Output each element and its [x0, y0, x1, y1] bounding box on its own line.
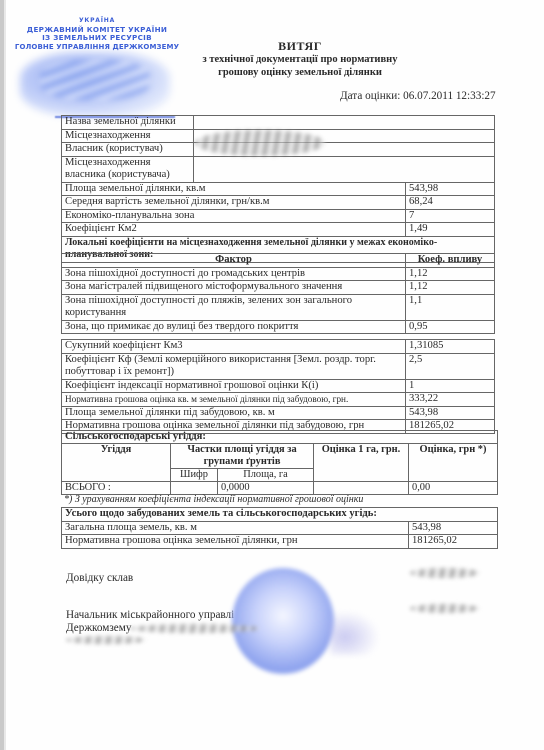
stamp-blur-texture: [40, 60, 150, 100]
section-heading-row: Сільськогосподарські угіддя:: [62, 431, 498, 444]
stamp-line-department: ГОЛОВНЕ УПРАВЛІННЯ ДЕРЖКОМЗЕМУ: [12, 43, 182, 52]
header-per-ha: Оцінка 1 га, грн.: [314, 444, 409, 482]
factor-coef: 1,1: [406, 294, 495, 320]
row-label: Економіко-планувальна зона: [62, 209, 406, 223]
page-edge-shadow: [4, 0, 6, 750]
header-factor: Фактор: [62, 254, 406, 268]
total-value: 0,00: [409, 482, 498, 495]
table-row: Коефіцієнт Кф (Землі комерційного викори…: [62, 353, 495, 379]
row-label: Коефіцієнт Км2: [62, 223, 406, 237]
row-value: [194, 116, 495, 130]
redacted-name-2: [410, 604, 480, 613]
factors-table: Фактор Коеф. впливу Зона пішохідної дост…: [61, 253, 495, 334]
table-row: Зона магістралей підвищеного містоформув…: [62, 281, 495, 295]
header-land: Угіддя: [62, 444, 171, 482]
signature-swirl: [330, 610, 380, 655]
date-label: Дата оцінки:: [340, 90, 400, 102]
table-row: Загальна площа земель, кв. м 543,98: [62, 521, 498, 535]
redacted-office-2: [66, 636, 146, 644]
title-subtitle-1: з технічної документації про нормативну: [180, 53, 420, 66]
coefficients-table: Сукупний коефіцієнт Км3 1,31085 Коефіціє…: [61, 339, 495, 434]
header-coef: Коеф. впливу: [406, 254, 495, 268]
row-label: Власник (користувач): [62, 143, 194, 157]
factor-name: Зона пішохідної доступності до громадськ…: [62, 267, 406, 281]
total-label: Нормативна грошова оцінка земельної діля…: [62, 535, 409, 549]
redacted-office: [130, 624, 260, 633]
total-label: Загальна площа земель, кв. м: [62, 521, 409, 535]
document-title: ВИТЯГ з технічної документації про норма…: [180, 40, 420, 79]
table-row: Коефіцієнт Км2 1,49: [62, 223, 495, 237]
table-row: Нормативна грошова оцінка земельної діля…: [62, 535, 498, 549]
title-main: ВИТЯГ: [180, 40, 420, 53]
table-row: Сукупний коефіцієнт Км3 1,31085: [62, 340, 495, 354]
header-code: Шифр: [171, 469, 218, 482]
total-label: ВСЬОГО :: [62, 482, 171, 495]
table-header-row: Фактор Коеф. впливу: [62, 254, 495, 268]
head-title-line2: Держкомзему: [66, 622, 131, 634]
header-area: Площа, га: [218, 469, 314, 482]
totals-table: Усього щодо забудованих земель та сільсь…: [61, 507, 498, 549]
table-row: Зона, що примикає до вулиці без твердого…: [62, 320, 495, 334]
row-label: Назва земельної ділянки: [62, 116, 194, 130]
header-shares: Частки площі угіддя за групами ґрунтів: [171, 444, 314, 469]
table-row: Економіко-планувальна зона 7: [62, 209, 495, 223]
coef-label: Сукупний коефіцієнт Км3: [62, 340, 406, 354]
redacted-name-1: [410, 568, 480, 578]
official-seal: [232, 568, 334, 674]
factor-name: Зона пішохідної доступності до пляжів, з…: [62, 294, 406, 320]
row-label: Місцезнаходження власника (користувача): [62, 156, 194, 182]
table-row: Площа земельної ділянки під забудовою, к…: [62, 406, 495, 420]
row-label: Площа земельної ділянки, кв.м: [62, 182, 406, 196]
table-row: Місцезнаходження власника (користувача): [62, 156, 495, 182]
section-heading-row: Усього щодо забудованих земель та сільсь…: [62, 508, 498, 522]
row-value: 7: [406, 209, 495, 223]
total-area: 0,0000: [218, 482, 314, 495]
redacted-owner-info: [195, 130, 325, 156]
total-per-ha: [314, 482, 409, 495]
coef-label: Нормативна грошова оцінка кв. м земельно…: [62, 393, 406, 407]
total-value: 543,98: [409, 521, 498, 535]
coef-label: Коефіцієнт індексації нормативної грошов…: [62, 379, 406, 393]
table-row-total: ВСЬОГО : 0,0000 0,00: [62, 482, 498, 495]
coef-value: 1,31085: [406, 340, 495, 354]
table-row: Середня вартість земельної ділянки, грн/…: [62, 196, 495, 210]
row-value: [194, 156, 495, 182]
factor-name: Зона, що примикає до вулиці без твердого…: [62, 320, 406, 334]
coef-value: 543,98: [406, 406, 495, 420]
agricultural-land-table: Сільськогосподарські угіддя: Угіддя Част…: [61, 430, 498, 495]
title-subtitle-2: грошову оцінку земельної ділянки: [180, 66, 420, 79]
table-row: Назва земельної ділянки: [62, 116, 495, 130]
footnote: *) З урахуванням коефіцієнта індексації …: [64, 494, 363, 505]
factor-coef: 1,12: [406, 281, 495, 295]
table-row: Коефіцієнт індексації нормативної грошов…: [62, 379, 495, 393]
row-value: 68,24: [406, 196, 495, 210]
valuation-date: Дата оцінки: 06.07.2011 12:33:27: [340, 90, 496, 102]
stamp-line-resources: ІЗ ЗЕМЕЛЬНИХ РЕСУРСІВ: [12, 34, 182, 43]
agency-stamp: УКРАЇНА ДЕРЖАВНИЙ КОМІТЕТ УКРАЇНИ ІЗ ЗЕМ…: [12, 17, 182, 51]
coef-label: Коефіцієнт Кф (Землі комерційного викори…: [62, 353, 406, 379]
head-title-line1: Начальник міськрайонного управлі: [66, 609, 234, 621]
coef-value: 2,5: [406, 353, 495, 379]
total-code: [171, 482, 218, 495]
date-value: 06.07.2011 12:33:27: [403, 90, 496, 102]
total-value: 181265,02: [409, 535, 498, 549]
row-value: 543,98: [406, 182, 495, 196]
table-header-row: Угіддя Частки площі угіддя за групами ґр…: [62, 444, 498, 469]
factor-name: Зона магістралей підвищеного містоформув…: [62, 281, 406, 295]
table-row: Зона пішохідної доступності до громадськ…: [62, 267, 495, 281]
row-value: 1,49: [406, 223, 495, 237]
coef-value: 333,22: [406, 393, 495, 407]
factor-coef: 0,95: [406, 320, 495, 334]
prepared-by-label: Довідку склав: [66, 572, 133, 584]
header-value: Оцінка, грн *): [409, 444, 498, 482]
agri-heading: Сільськогосподарські угіддя:: [62, 431, 498, 444]
table-row: Площа земельної ділянки, кв.м 543,98: [62, 182, 495, 196]
table-row: Нормативна грошова оцінка кв. м земельно…: [62, 393, 495, 407]
coef-value: 1: [406, 379, 495, 393]
factor-coef: 1,12: [406, 267, 495, 281]
table-row: Зона пішохідної доступності до пляжів, з…: [62, 294, 495, 320]
row-label: Місцезнаходження: [62, 129, 194, 143]
totals-heading: Усього щодо забудованих земель та сільсь…: [62, 508, 498, 522]
coef-label: Площа земельної ділянки під забудовою, к…: [62, 406, 406, 420]
row-label: Середня вартість земельної ділянки, грн/…: [62, 196, 406, 210]
